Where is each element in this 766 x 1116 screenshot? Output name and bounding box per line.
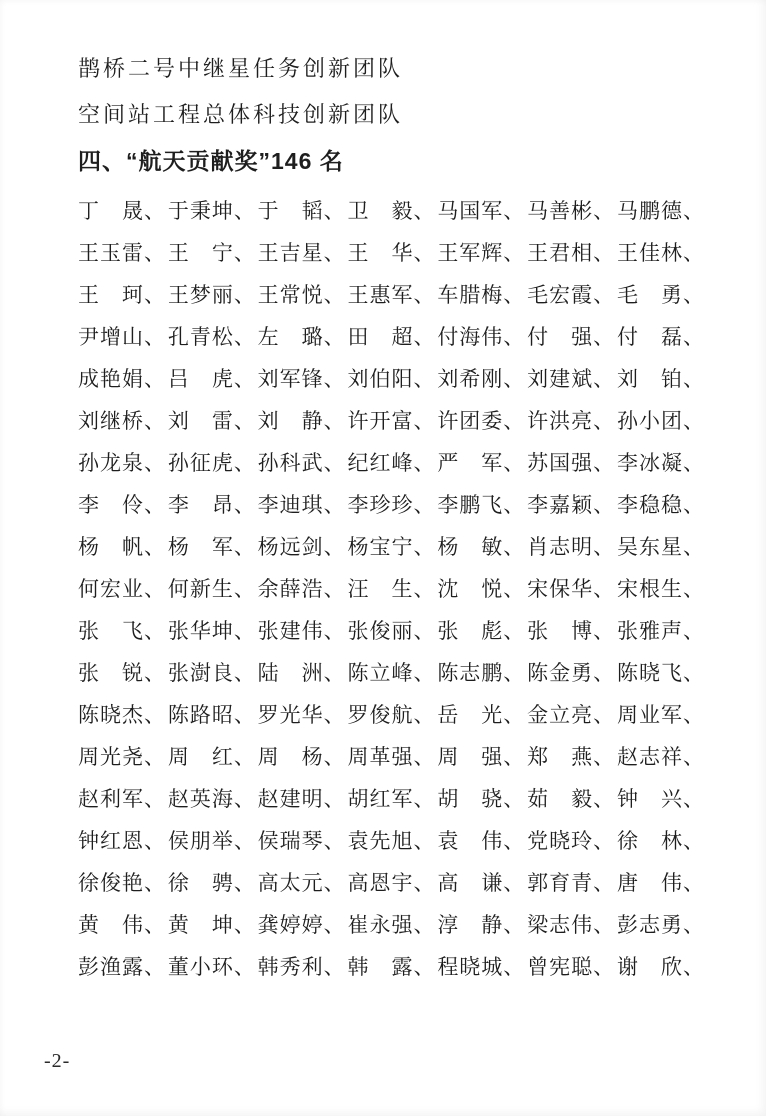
recipient-name: 王 珂、 — [78, 274, 166, 316]
recipient-name: 黄 伟、 — [78, 904, 166, 946]
recipient-name: 付 磊、 — [617, 316, 705, 358]
recipient-name: 陈金勇、 — [527, 652, 615, 694]
recipient-name: 侯瑞琴、 — [258, 820, 346, 862]
recipient-name: 刘 静、 — [258, 400, 346, 442]
recipient-name: 于秉坤、 — [168, 190, 256, 232]
recipient-name: 余薛浩、 — [258, 568, 346, 610]
recipient-name: 陈路昭、 — [168, 694, 256, 736]
recipient-name: 杨 军、 — [168, 526, 256, 568]
recipient-name: 周光尧、 — [78, 736, 166, 778]
recipient-name: 张华坤、 — [168, 610, 256, 652]
recipient-name: 彭渔露、 — [78, 946, 166, 988]
name-row: 钟红恩、侯朋举、侯瑞琴、袁先旭、袁 伟、党晓玲、徐 林、 — [78, 820, 705, 862]
name-row: 张 锐、张澍良、陆 洲、陈立峰、陈志鹏、陈金勇、陈晓飞、 — [78, 652, 705, 694]
recipient-name: 纪红峰、 — [347, 442, 435, 484]
recipient-name: 杨 敏、 — [437, 526, 525, 568]
recipient-name: 尹增山、 — [78, 316, 166, 358]
recipient-name: 苏国强、 — [527, 442, 615, 484]
recipient-name: 孙征虎、 — [168, 442, 256, 484]
recipient-name: 李 伶、 — [78, 484, 166, 526]
recipient-name: 徐 林、 — [617, 820, 705, 862]
recipient-name: 周 红、 — [168, 736, 256, 778]
recipient-name: 张澍良、 — [168, 652, 256, 694]
recipient-name: 李珍珍、 — [347, 484, 435, 526]
recipient-name: 陈志鹏、 — [437, 652, 525, 694]
recipient-name: 钟 兴、 — [617, 778, 705, 820]
recipient-name: 黄 坤、 — [168, 904, 256, 946]
name-row: 彭渔露、董小环、韩秀利、韩 露、程晓城、曾宪聪、谢 欣、 — [78, 946, 705, 988]
recipient-name: 王 宁、 — [168, 232, 256, 274]
recipient-name: 孙龙泉、 — [78, 442, 166, 484]
document-content: 鹊桥二号中继星任务创新团队 空间站工程总体科技创新团队 四、“航天贡献奖”146… — [78, 46, 705, 988]
recipient-name: 孙小团、 — [617, 400, 705, 442]
name-row: 黄 伟、黄 坤、龚婷婷、崔永强、淳 静、梁志伟、彭志勇、 — [78, 904, 705, 946]
recipient-name: 李嘉颖、 — [527, 484, 615, 526]
name-row: 赵利军、赵英海、赵建明、胡红军、胡 骁、茹 毅、钟 兴、 — [78, 778, 705, 820]
recipient-name: 郑 燕、 — [527, 736, 615, 778]
recipient-name: 汪 生、 — [347, 568, 435, 610]
name-row: 王玉雷、王 宁、王吉星、王 华、王军辉、王君相、王佳林、 — [78, 232, 705, 274]
team-name-line-1: 鹊桥二号中继星任务创新团队 — [78, 46, 705, 92]
recipient-name: 吕 虎、 — [168, 358, 256, 400]
recipient-name: 崔永强、 — [347, 904, 435, 946]
document-page: 鹊桥二号中继星任务创新团队 空间站工程总体科技创新团队 四、“航天贡献奖”146… — [0, 0, 766, 1116]
recipient-name: 宋保华、 — [527, 568, 615, 610]
recipient-name: 刘继桥、 — [78, 400, 166, 442]
recipient-name: 孙科武、 — [258, 442, 346, 484]
name-row: 周光尧、周 红、周 杨、周革强、周 强、郑 燕、赵志祥、 — [78, 736, 705, 778]
recipient-name: 李冰凝、 — [617, 442, 705, 484]
recipient-name: 刘 铂、 — [617, 358, 705, 400]
recipient-name: 谢 欣、 — [617, 946, 705, 988]
recipient-name: 董小环、 — [168, 946, 256, 988]
name-row: 何宏业、何新生、余薛浩、汪 生、沈 悦、宋保华、宋根生、 — [78, 568, 705, 610]
recipient-name: 赵志祥、 — [617, 736, 705, 778]
recipient-name: 高恩宇、 — [347, 862, 435, 904]
recipient-name: 刘希刚、 — [437, 358, 525, 400]
award-recipient-list: 丁 晟、于秉坤、于 韬、卫 毅、马国军、马善彬、马鹏德、王玉雷、王 宁、王吉星、… — [78, 190, 705, 988]
recipient-name: 毛 勇、 — [617, 274, 705, 316]
recipient-name: 张雅声、 — [617, 610, 705, 652]
recipient-name: 徐俊艳、 — [78, 862, 166, 904]
name-row: 王 珂、王梦丽、王常悦、王惠军、车腊梅、毛宏霞、毛 勇、 — [78, 274, 705, 316]
recipient-name: 许团委、 — [437, 400, 525, 442]
recipient-name: 孔青松、 — [168, 316, 256, 358]
recipient-name: 张 飞、 — [78, 610, 166, 652]
recipient-name: 严 军、 — [437, 442, 525, 484]
recipient-name: 茹 毅、 — [527, 778, 615, 820]
recipient-name: 杨 帆、 — [78, 526, 166, 568]
recipient-name: 杨宝宁、 — [347, 526, 435, 568]
recipient-name: 赵英海、 — [168, 778, 256, 820]
recipient-name: 刘伯阳、 — [347, 358, 435, 400]
recipient-name: 曾宪聪、 — [527, 946, 615, 988]
recipient-name: 刘建斌、 — [527, 358, 615, 400]
recipient-name: 付海伟、 — [437, 316, 525, 358]
recipient-name: 王君相、 — [527, 232, 615, 274]
recipient-name: 王吉星、 — [258, 232, 346, 274]
name-row: 刘继桥、刘 雷、刘 静、许开富、许团委、许洪亮、孙小团、 — [78, 400, 705, 442]
recipient-name: 许开富、 — [347, 400, 435, 442]
recipient-name: 郭育青、 — [527, 862, 615, 904]
recipient-name: 宋根生、 — [617, 568, 705, 610]
recipient-name: 王常悦、 — [258, 274, 346, 316]
recipient-name: 胡红军、 — [347, 778, 435, 820]
recipient-name: 袁 伟、 — [437, 820, 525, 862]
recipient-name: 韩 露、 — [347, 946, 435, 988]
recipient-name: 赵利军、 — [78, 778, 166, 820]
recipient-name: 何新生、 — [168, 568, 256, 610]
recipient-name: 刘军锋、 — [258, 358, 346, 400]
recipient-name: 钟红恩、 — [78, 820, 166, 862]
name-row: 丁 晟、于秉坤、于 韬、卫 毅、马国军、马善彬、马鹏德、 — [78, 190, 705, 232]
recipient-name: 许洪亮、 — [527, 400, 615, 442]
recipient-name: 赵建明、 — [258, 778, 346, 820]
recipient-name: 程晓城、 — [437, 946, 525, 988]
recipient-name: 陈晓杰、 — [78, 694, 166, 736]
recipient-name: 王惠军、 — [347, 274, 435, 316]
recipient-name: 张 博、 — [527, 610, 615, 652]
recipient-name: 陈立峰、 — [347, 652, 435, 694]
recipient-name: 张 锐、 — [78, 652, 166, 694]
recipient-name: 周革强、 — [347, 736, 435, 778]
name-row: 张 飞、张华坤、张建伟、张俊丽、张 彪、张 博、张雅声、 — [78, 610, 705, 652]
recipient-name: 卫 毅、 — [347, 190, 435, 232]
name-row: 李 伶、李 昂、李迪琪、李珍珍、李鹏飞、李嘉颖、李稳稳、 — [78, 484, 705, 526]
recipient-name: 车腊梅、 — [437, 274, 525, 316]
recipient-name: 田 超、 — [347, 316, 435, 358]
name-row: 杨 帆、杨 军、杨远剑、杨宝宁、杨 敏、肖志明、吴东星、 — [78, 526, 705, 568]
name-row: 陈晓杰、陈路昭、罗光华、罗俊航、岳 光、金立亮、周业军、 — [78, 694, 705, 736]
recipient-name: 马善彬、 — [527, 190, 615, 232]
team-name-line-2: 空间站工程总体科技创新团队 — [78, 92, 705, 138]
recipient-name: 彭志勇、 — [617, 904, 705, 946]
recipient-name: 刘 雷、 — [168, 400, 256, 442]
recipient-name: 王 华、 — [347, 232, 435, 274]
recipient-name: 唐 伟、 — [617, 862, 705, 904]
recipient-name: 周 杨、 — [258, 736, 346, 778]
recipient-name: 何宏业、 — [78, 568, 166, 610]
recipient-name: 徐 骋、 — [168, 862, 256, 904]
recipient-name: 袁先旭、 — [347, 820, 435, 862]
name-row: 孙龙泉、孙征虎、孙科武、纪红峰、严 军、苏国强、李冰凝、 — [78, 442, 705, 484]
recipient-name: 李 昂、 — [168, 484, 256, 526]
section-title: 四、“航天贡献奖”146 名 — [78, 138, 705, 184]
recipient-name: 韩秀利、 — [258, 946, 346, 988]
recipient-name: 党晓玲、 — [527, 820, 615, 862]
recipient-name: 王玉雷、 — [78, 232, 166, 274]
recipient-name: 肖志明、 — [527, 526, 615, 568]
recipient-name: 高 谦、 — [437, 862, 525, 904]
name-row: 徐俊艳、徐 骋、高太元、高恩宇、高 谦、郭育青、唐 伟、 — [78, 862, 705, 904]
recipient-name: 王佳林、 — [617, 232, 705, 274]
recipient-name: 罗俊航、 — [347, 694, 435, 736]
recipient-name: 岳 光、 — [437, 694, 525, 736]
recipient-name: 于 韬、 — [258, 190, 346, 232]
recipient-name: 梁志伟、 — [527, 904, 615, 946]
recipient-name: 李迪琪、 — [258, 484, 346, 526]
recipient-name: 侯朋举、 — [168, 820, 256, 862]
recipient-name: 王军辉、 — [437, 232, 525, 274]
recipient-name: 张建伟、 — [258, 610, 346, 652]
recipient-name: 金立亮、 — [527, 694, 615, 736]
recipient-name: 陈晓飞、 — [617, 652, 705, 694]
recipient-name: 马国军、 — [437, 190, 525, 232]
recipient-name: 丁 晟、 — [78, 190, 166, 232]
name-row: 尹增山、孔青松、左 璐、田 超、付海伟、付 强、付 磊、 — [78, 316, 705, 358]
page-number: -2- — [44, 1050, 70, 1073]
recipient-name: 淳 静、 — [437, 904, 525, 946]
recipient-name: 李鹏飞、 — [437, 484, 525, 526]
recipient-name: 胡 骁、 — [437, 778, 525, 820]
recipient-name: 周 强、 — [437, 736, 525, 778]
recipient-name: 张俊丽、 — [347, 610, 435, 652]
name-row: 成艳娟、吕 虎、刘军锋、刘伯阳、刘希刚、刘建斌、刘 铂、 — [78, 358, 705, 400]
recipient-name: 付 强、 — [527, 316, 615, 358]
recipient-name: 陆 洲、 — [258, 652, 346, 694]
recipient-name: 沈 悦、 — [437, 568, 525, 610]
recipient-name: 龚婷婷、 — [258, 904, 346, 946]
recipient-name: 马鹏德、 — [617, 190, 705, 232]
recipient-name: 张 彪、 — [437, 610, 525, 652]
recipient-name: 成艳娟、 — [78, 358, 166, 400]
recipient-name: 毛宏霞、 — [527, 274, 615, 316]
recipient-name: 杨远剑、 — [258, 526, 346, 568]
recipient-name: 高太元、 — [258, 862, 346, 904]
recipient-name: 周业军、 — [617, 694, 705, 736]
recipient-name: 左 璐、 — [258, 316, 346, 358]
recipient-name: 吴东星、 — [617, 526, 705, 568]
recipient-name: 罗光华、 — [258, 694, 346, 736]
recipient-name: 王梦丽、 — [168, 274, 256, 316]
recipient-name: 李稳稳、 — [617, 484, 705, 526]
